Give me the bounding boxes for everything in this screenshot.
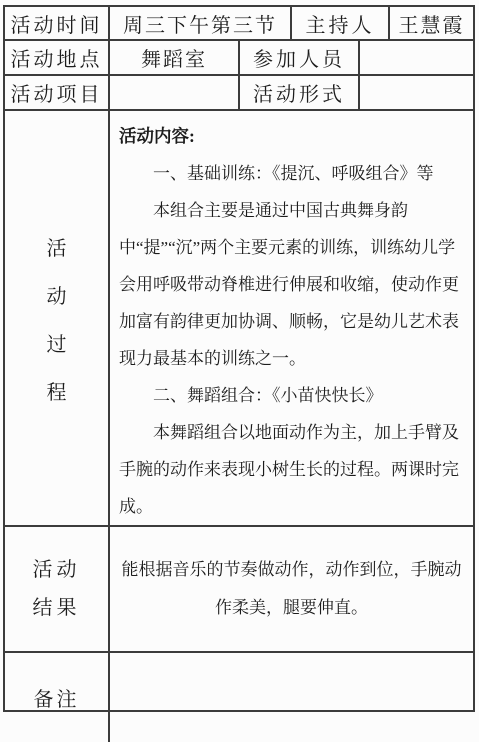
process-item-2: 二、舞蹈组合：《小苗快快长》 <box>119 377 467 414</box>
table-row-result: 活动 结果 能根据音乐的节奏做动作，动作到位，手腕动作柔美，腿要伸直。 <box>5 527 473 653</box>
process-content-heading: 活动内容: <box>119 118 467 155</box>
process-label-char: 程 <box>47 376 67 405</box>
table-row-location: 活动地点 舞蹈室 参加人员 <box>5 41 473 76</box>
activity-record-table: 活动时间 周三下午第三节 主持人 王慧霞 活动地点 舞蹈室 参加人员 活动项目 … <box>3 5 475 712</box>
process-paragraph-1: 本组合主要是通过中国古典舞身韵中“提”“沉”两个主要元素的训练，训练幼儿学会用呼… <box>119 192 467 377</box>
process-content: 活动内容: 一、基础训练：《提沉、呼吸组合》等 本组合主要是通过中国古典舞身韵中… <box>110 111 473 525</box>
process-label-char: 活 <box>47 232 67 261</box>
process-label-char: 过 <box>47 328 67 357</box>
result-label-line: 结果 <box>33 589 81 627</box>
form-label: 活动形式 <box>240 76 360 109</box>
project-label: 活动项目 <box>5 76 110 109</box>
process-paragraph-2: 本舞蹈组合以地面动作为主，加上手臂及手腕的动作来表现小树生长的过程。两课时完成。 <box>119 414 467 525</box>
table-row-note: 备注 <box>5 653 473 720</box>
location-label: 活动地点 <box>5 41 110 74</box>
activity-time-label: 活动时间 <box>5 7 110 39</box>
table-row-time: 活动时间 周三下午第三节 主持人 王慧霞 <box>5 7 473 41</box>
host-label: 主持人 <box>292 7 390 39</box>
location-value: 舞蹈室 <box>110 41 240 74</box>
note-label: 备注 <box>5 653 110 720</box>
process-label: 活 动 过 程 <box>5 111 110 525</box>
result-label-line: 活动 <box>33 551 81 589</box>
result-content-text: 能根据音乐的节奏做动作，动作到位，手腕动作柔美，腿要伸直。 <box>118 551 465 627</box>
activity-time-value: 周三下午第三节 <box>110 7 292 39</box>
process-item-1: 一、基础训练：《提沉、呼吸组合》等 <box>119 155 467 192</box>
participants-label: 参加人员 <box>240 41 360 74</box>
note-content <box>110 653 473 720</box>
result-label: 活动 结果 <box>5 527 110 651</box>
form-value <box>360 76 473 109</box>
table-row-project: 活动项目 活动形式 <box>5 76 473 111</box>
table-row-process: 活 动 过 程 活动内容: 一、基础训练：《提沉、呼吸组合》等 本组合主要是通过… <box>5 111 473 527</box>
process-label-char: 动 <box>47 280 67 309</box>
project-value <box>110 76 240 109</box>
result-content: 能根据音乐的节奏做动作，动作到位，手腕动作柔美，腿要伸直。 <box>110 527 473 651</box>
host-value: 王慧霞 <box>390 7 473 39</box>
participants-value <box>360 41 473 74</box>
